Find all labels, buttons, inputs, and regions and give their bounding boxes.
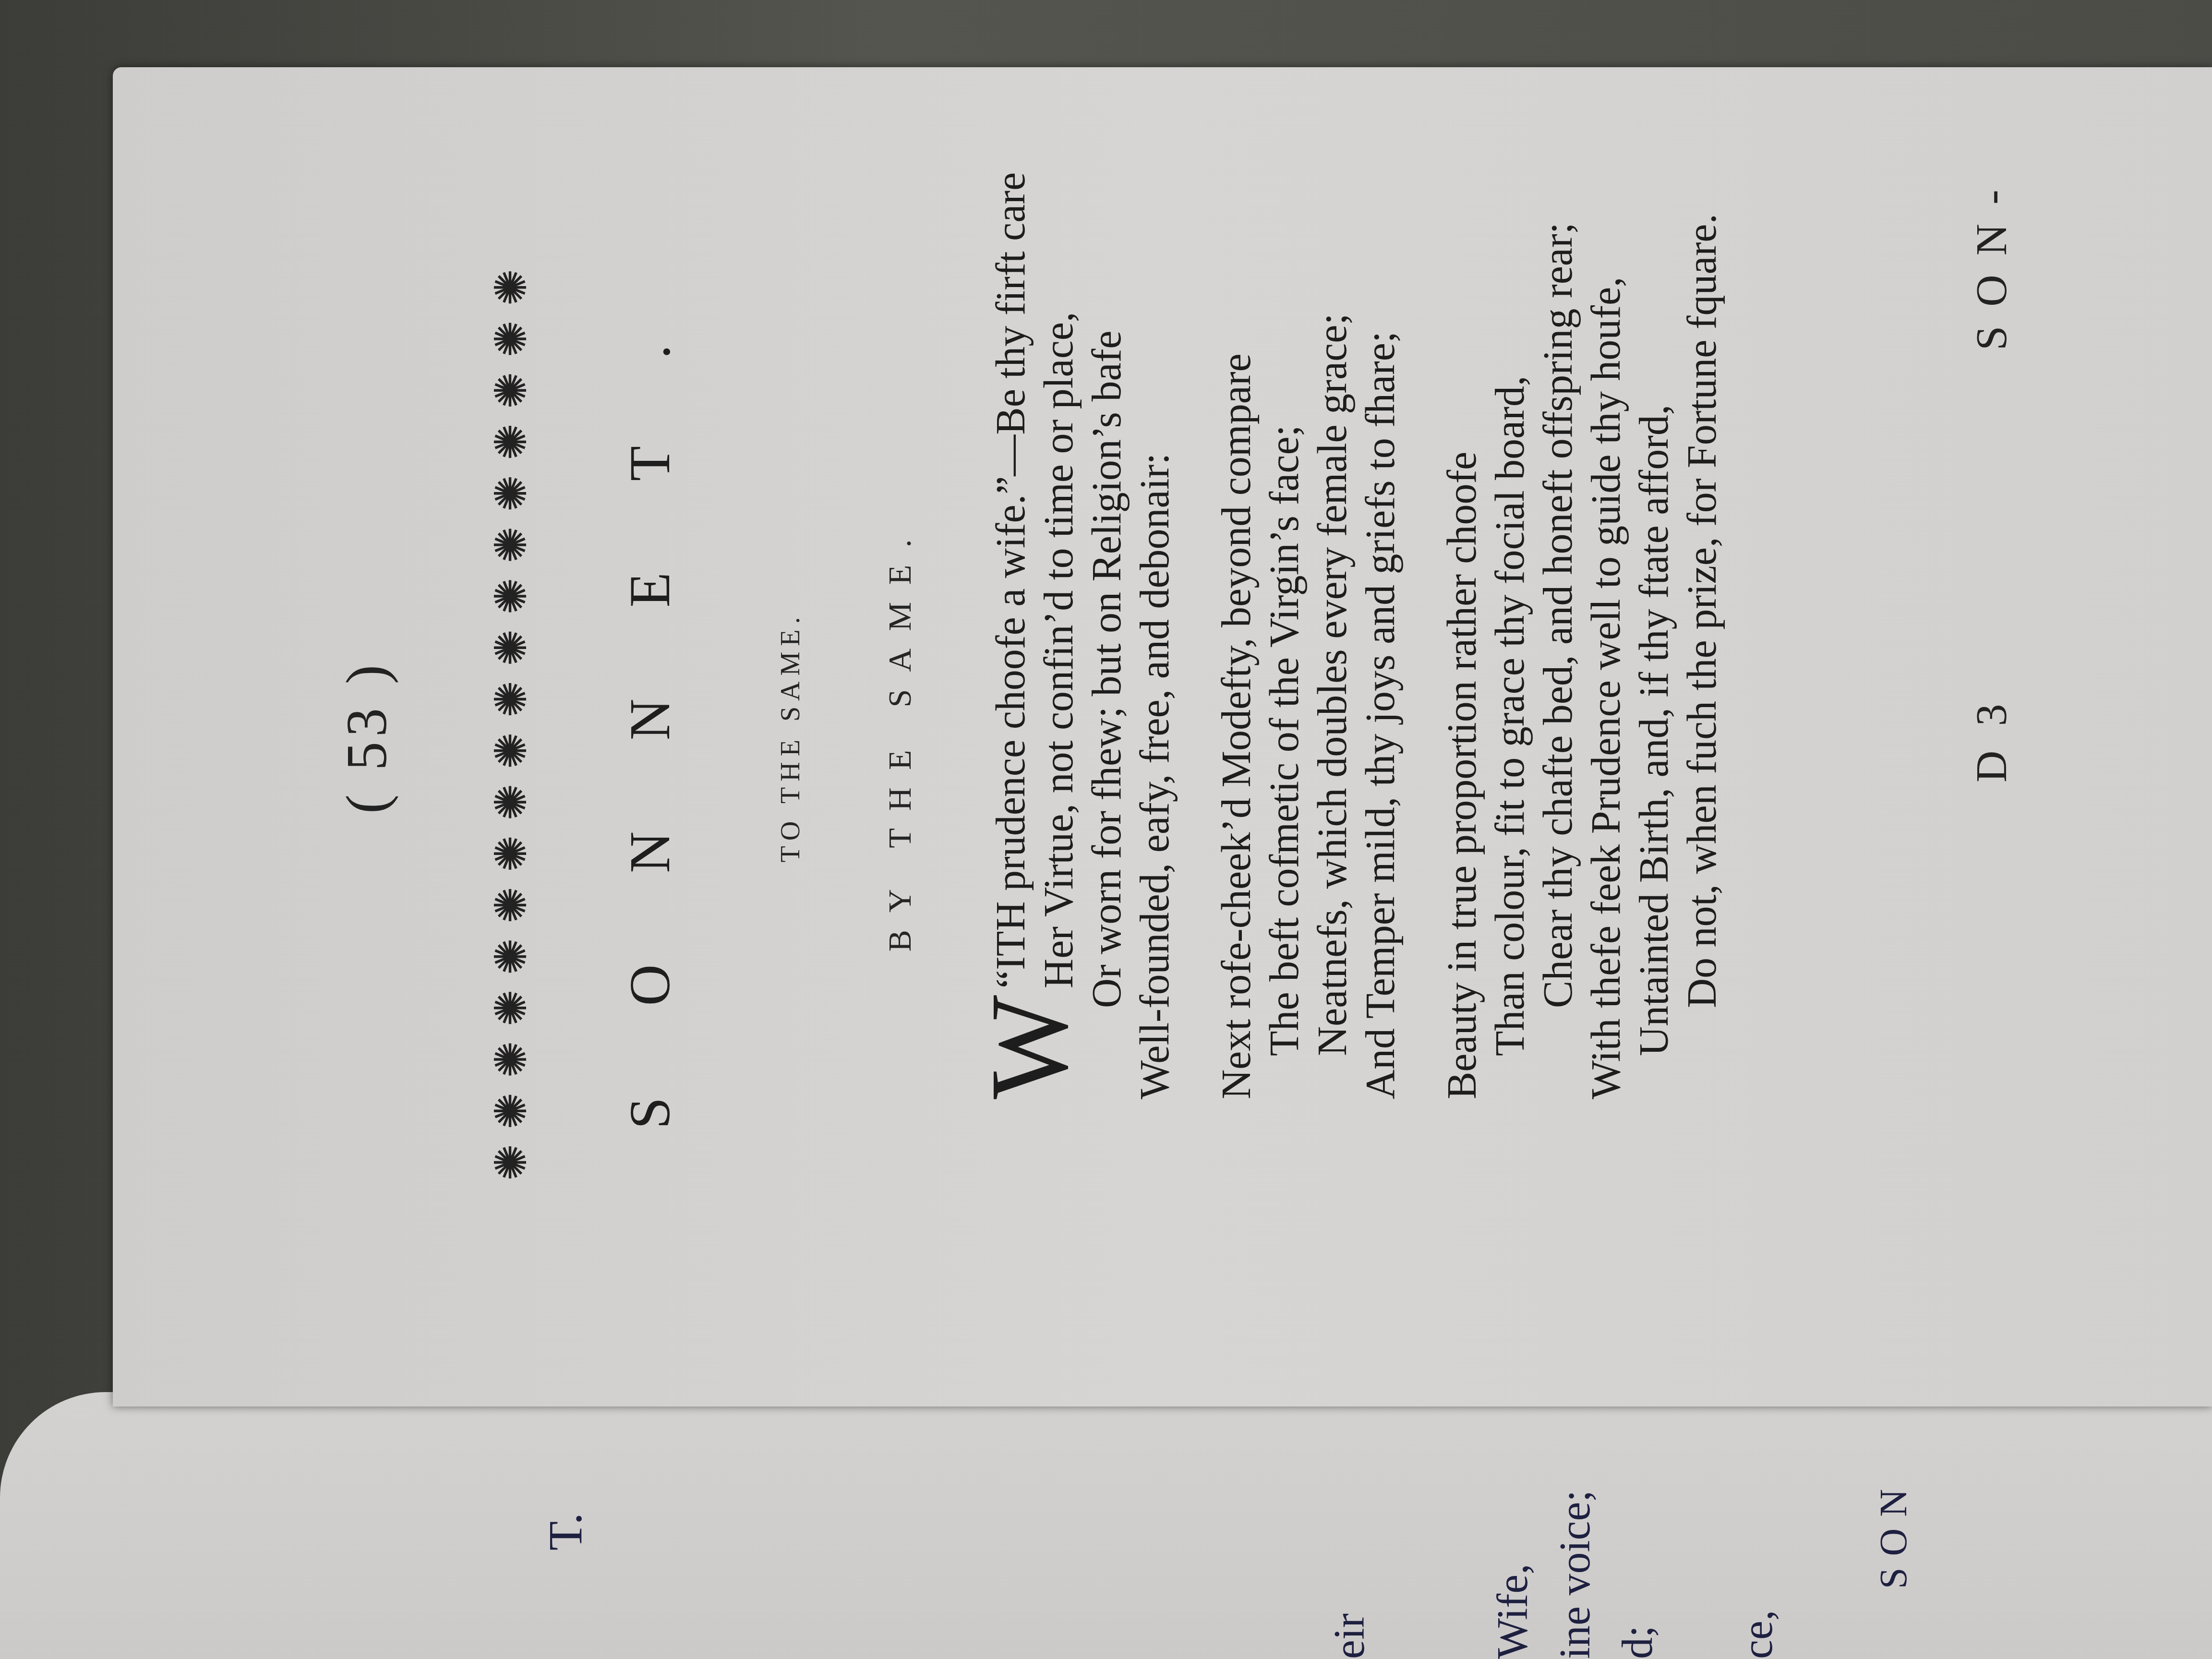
ornament-star-icon: ✺: [487, 1093, 535, 1130]
ornament-star-icon: ✺: [487, 681, 535, 718]
stanza: Next rofe-cheek’d Modefty, beyond compar…: [1212, 235, 1404, 1099]
poem-line: And Temper mild, thy joys and griefs to …: [1356, 235, 1404, 1099]
ornament-star-icon: ✺: [487, 526, 535, 563]
poem-body: “WITH prudence choofe a wife.”—Be thy fi…: [986, 235, 1759, 1099]
facing-line-end: ce,: [1733, 1610, 1782, 1659]
poem-line: Do not, when fuch the prize, for Fortune…: [1678, 235, 1726, 1099]
facing-line-end: Wife,: [1488, 1563, 1538, 1659]
ornament-star-icon: ✺: [487, 1144, 535, 1181]
poem-line: Well-founded, eafy, free, and debonair:: [1130, 235, 1178, 1099]
facing-catchword: SON: [1872, 1478, 1916, 1589]
ornament-star-icon: ✺: [487, 475, 535, 512]
ornament-star-icon: ✺: [487, 783, 535, 820]
byline: BY THE SAME.: [881, 67, 919, 1407]
stanza: “WITH prudence choofe a wife.”—Be thy fi…: [986, 235, 1178, 1099]
facing-line-end: eir: [1325, 1613, 1374, 1659]
poem-line: The beft cofmetic of the Virgin’s face;: [1260, 235, 1308, 1099]
facing-line-end: d;: [1613, 1625, 1662, 1659]
ornament-star-icon: ✺: [487, 629, 535, 666]
poem-line: Beauty in true proportion rather choofe: [1438, 235, 1486, 1099]
poem-line: Or worn for fhew; but on Religion’s bafe: [1082, 235, 1130, 1099]
facing-line-end: ine voice;: [1551, 1490, 1600, 1659]
ornament-star-icon: ✺: [487, 269, 535, 306]
catchword: SON-: [1966, 170, 2017, 350]
ornament-star-icon: ✺: [487, 938, 535, 975]
poem-line: Neatnefs, which doubles every female gra…: [1308, 235, 1356, 1099]
dedication: TO THE SAME.: [775, 67, 806, 1407]
poem-line: Next rofe-cheek’d Modefty, beyond compar…: [1212, 235, 1260, 1099]
ornament-star-icon: ✺: [487, 887, 535, 924]
ornament-star-icon: ✺: [487, 732, 535, 769]
ornament-star-icon: ✺: [487, 989, 535, 1026]
opening-quote: “: [987, 970, 1034, 988]
ornament-star-icon: ✺: [487, 578, 535, 615]
poem-line: With thefe feek Prudence well to guide t…: [1582, 235, 1630, 1099]
facing-title-fragment: T.: [538, 1513, 593, 1551]
poem-line: Chear thy chafte bed, and honeft offspri…: [1534, 235, 1582, 1099]
page-number: ( 53 ): [334, 67, 400, 1407]
ornament-border: ✺✺✺✺✺✺✺✺✺✺✺✺✺✺✺✺✺✺: [487, 269, 535, 1181]
stanza: Beauty in true proportion rather choofeT…: [1438, 235, 1726, 1099]
page-content: ( 53 ) ✺✺✺✺✺✺✺✺✺✺✺✺✺✺✺✺✺✺ SONNET. TO THE…: [113, 67, 2212, 1407]
poem-line: Than colour, fit to grace thy focial boa…: [1486, 235, 1534, 1099]
poem-line: Her Virtue, not confin’d to time or plac…: [1034, 235, 1082, 1099]
drop-cap: W: [982, 995, 1078, 1099]
ornament-star-icon: ✺: [487, 372, 535, 409]
ornament-star-icon: ✺: [487, 835, 535, 872]
poem-line: Untainted Birth, and, if thy ftate affor…: [1630, 235, 1678, 1099]
ornament-star-icon: ✺: [487, 1041, 535, 1078]
ornament-star-icon: ✺: [487, 423, 535, 460]
ornament-star-icon: ✺: [487, 320, 535, 357]
poem-title: SONNET.: [617, 67, 683, 1407]
signature-mark: D 3: [1966, 697, 2017, 782]
poem-line: “WITH prudence choofe a wife.”—Be thy fi…: [986, 235, 1034, 1099]
